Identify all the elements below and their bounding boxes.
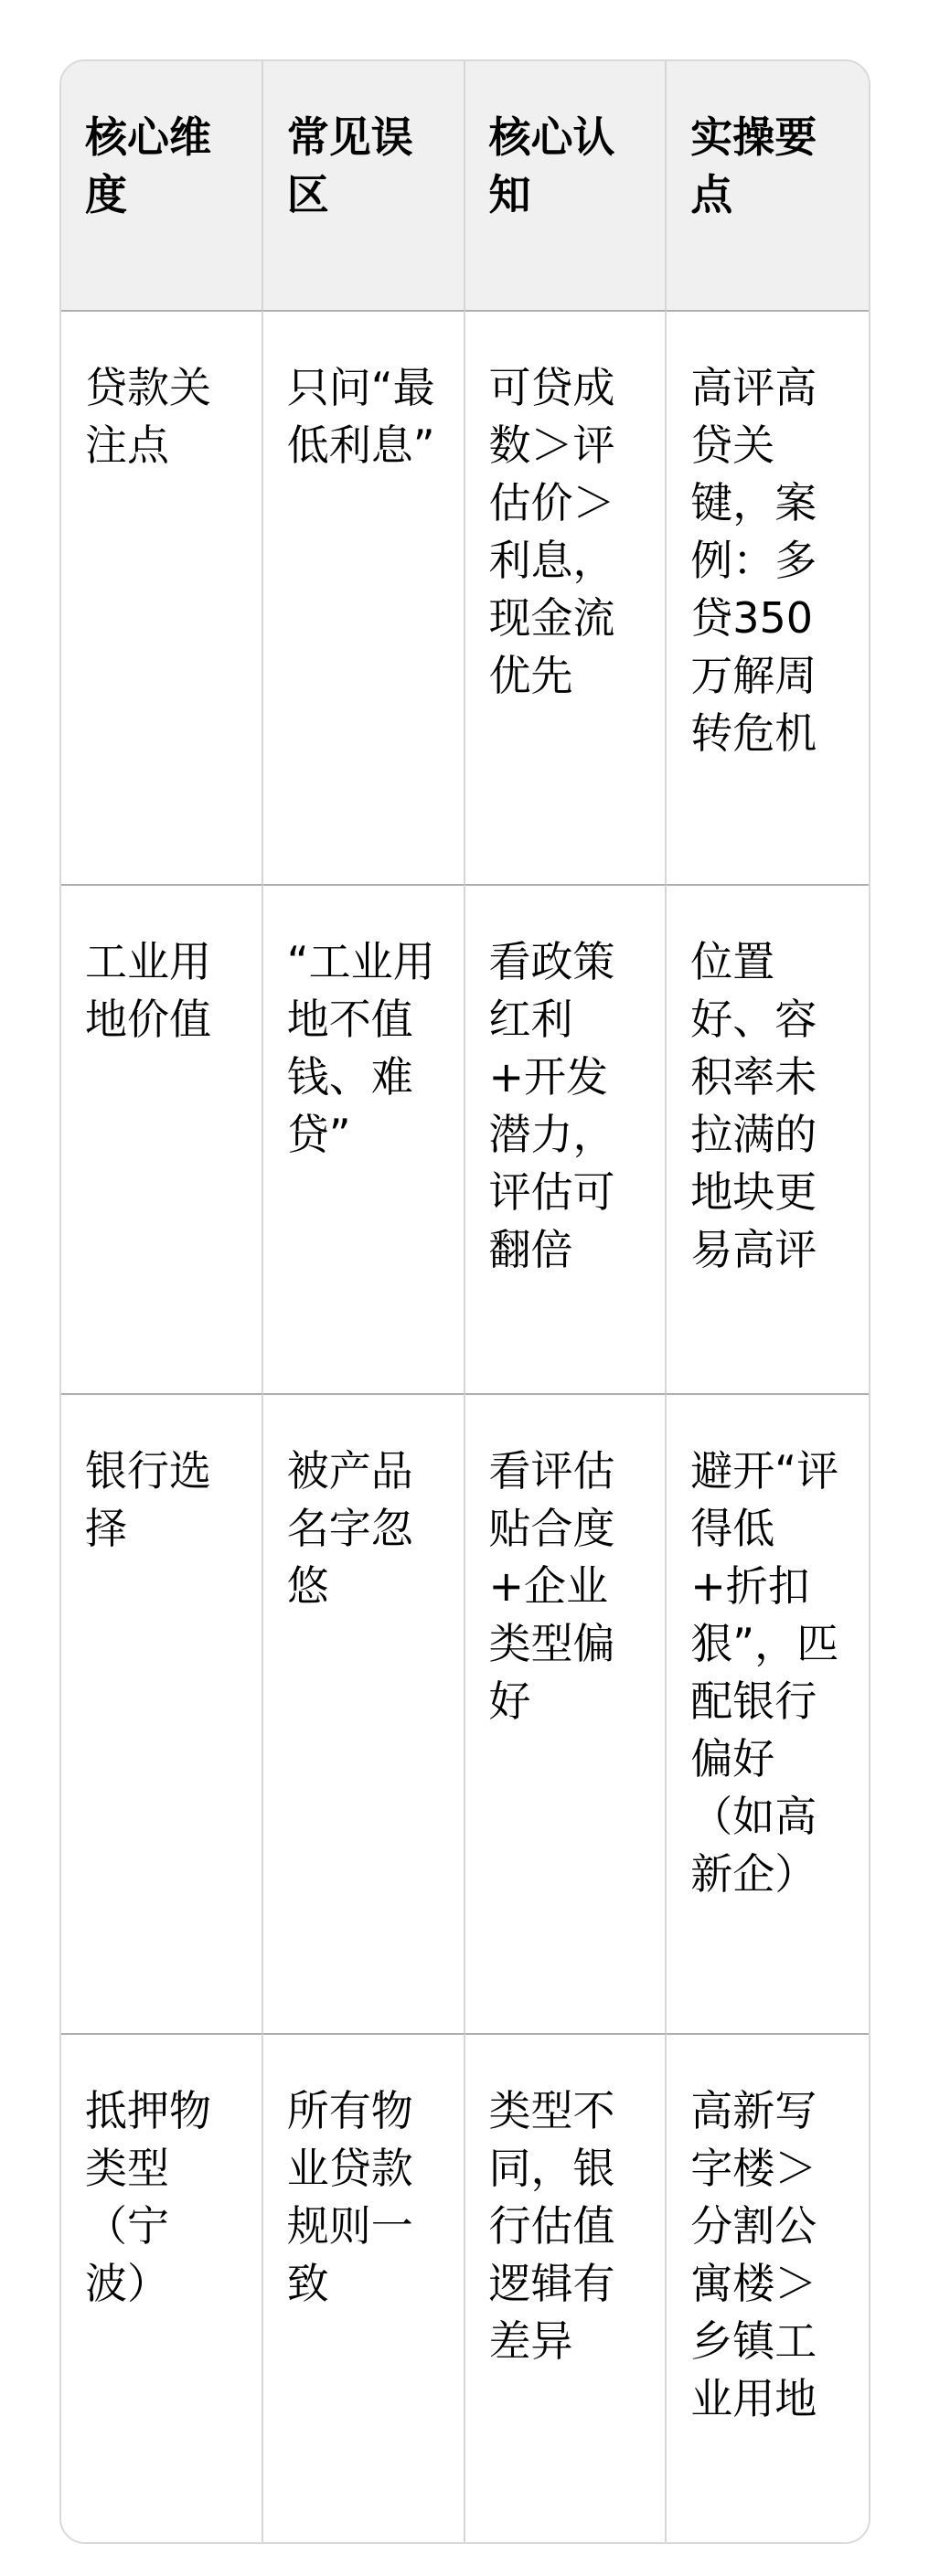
cell-bank-selection-misconception: 被产品 名字忽 悠	[263, 1393, 465, 2033]
cell-collateral-type-practice: 高新写 字楼＞ 分割公 寓楼＞ 乡镇工 业用地	[667, 2033, 869, 2542]
cell-industrial-land-dimension: 工业用 地价值	[61, 884, 263, 1393]
cell-industrial-land-practice: 位置 好、容 积率未 拉满的 地块更 易高评	[667, 884, 869, 1393]
cell-industrial-land-misconception: “工业用 地不值 钱、难 贷”	[263, 884, 465, 1393]
cell-loan-focus-misconception: 只问“最 低利息”	[263, 310, 465, 884]
cell-loan-focus-cognition: 可贷成 数＞评 估价＞ 利息， 现金流 优先	[465, 310, 667, 884]
cell-collateral-type-dimension: 抵押物 类型 （宁 波）	[61, 2033, 263, 2542]
cell-industrial-land-cognition: 看政策 红利 +开发 潜力， 评估可 翻倍	[465, 884, 667, 1393]
table-grid: 核心维 度 常见误 区 核心认 知 实操要 点 贷款关 注点 只问“最 低利息”…	[61, 61, 869, 2542]
cell-bank-selection-practice: 避开“评 得低 +折扣 狠”，匹 配银行 偏好 （如高 新企）	[667, 1393, 869, 2033]
cell-collateral-type-misconception: 所有物 业贷款 规则一 致	[263, 2033, 465, 2542]
comparison-table: 核心维 度 常见误 区 核心认 知 实操要 点 贷款关 注点 只问“最 低利息”…	[59, 59, 870, 2544]
header-cell-common-misconception: 常见误 区	[263, 61, 465, 310]
header-cell-practice-points: 实操要 点	[667, 61, 869, 310]
cell-collateral-type-cognition: 类型不 同，银 行估值 逻辑有 差异	[465, 2033, 667, 2542]
cell-loan-focus-practice: 高评高 贷关 键，案 例：多 贷350 万解周 转危机	[667, 310, 869, 884]
cell-bank-selection-dimension: 银行选 择	[61, 1393, 263, 2033]
header-cell-core-dimension: 核心维 度	[61, 61, 263, 310]
cell-loan-focus-dimension: 贷款关 注点	[61, 310, 263, 884]
header-cell-core-cognition: 核心认 知	[465, 61, 667, 310]
cell-bank-selection-cognition: 看评估 贴合度 +企业 类型偏 好	[465, 1393, 667, 2033]
